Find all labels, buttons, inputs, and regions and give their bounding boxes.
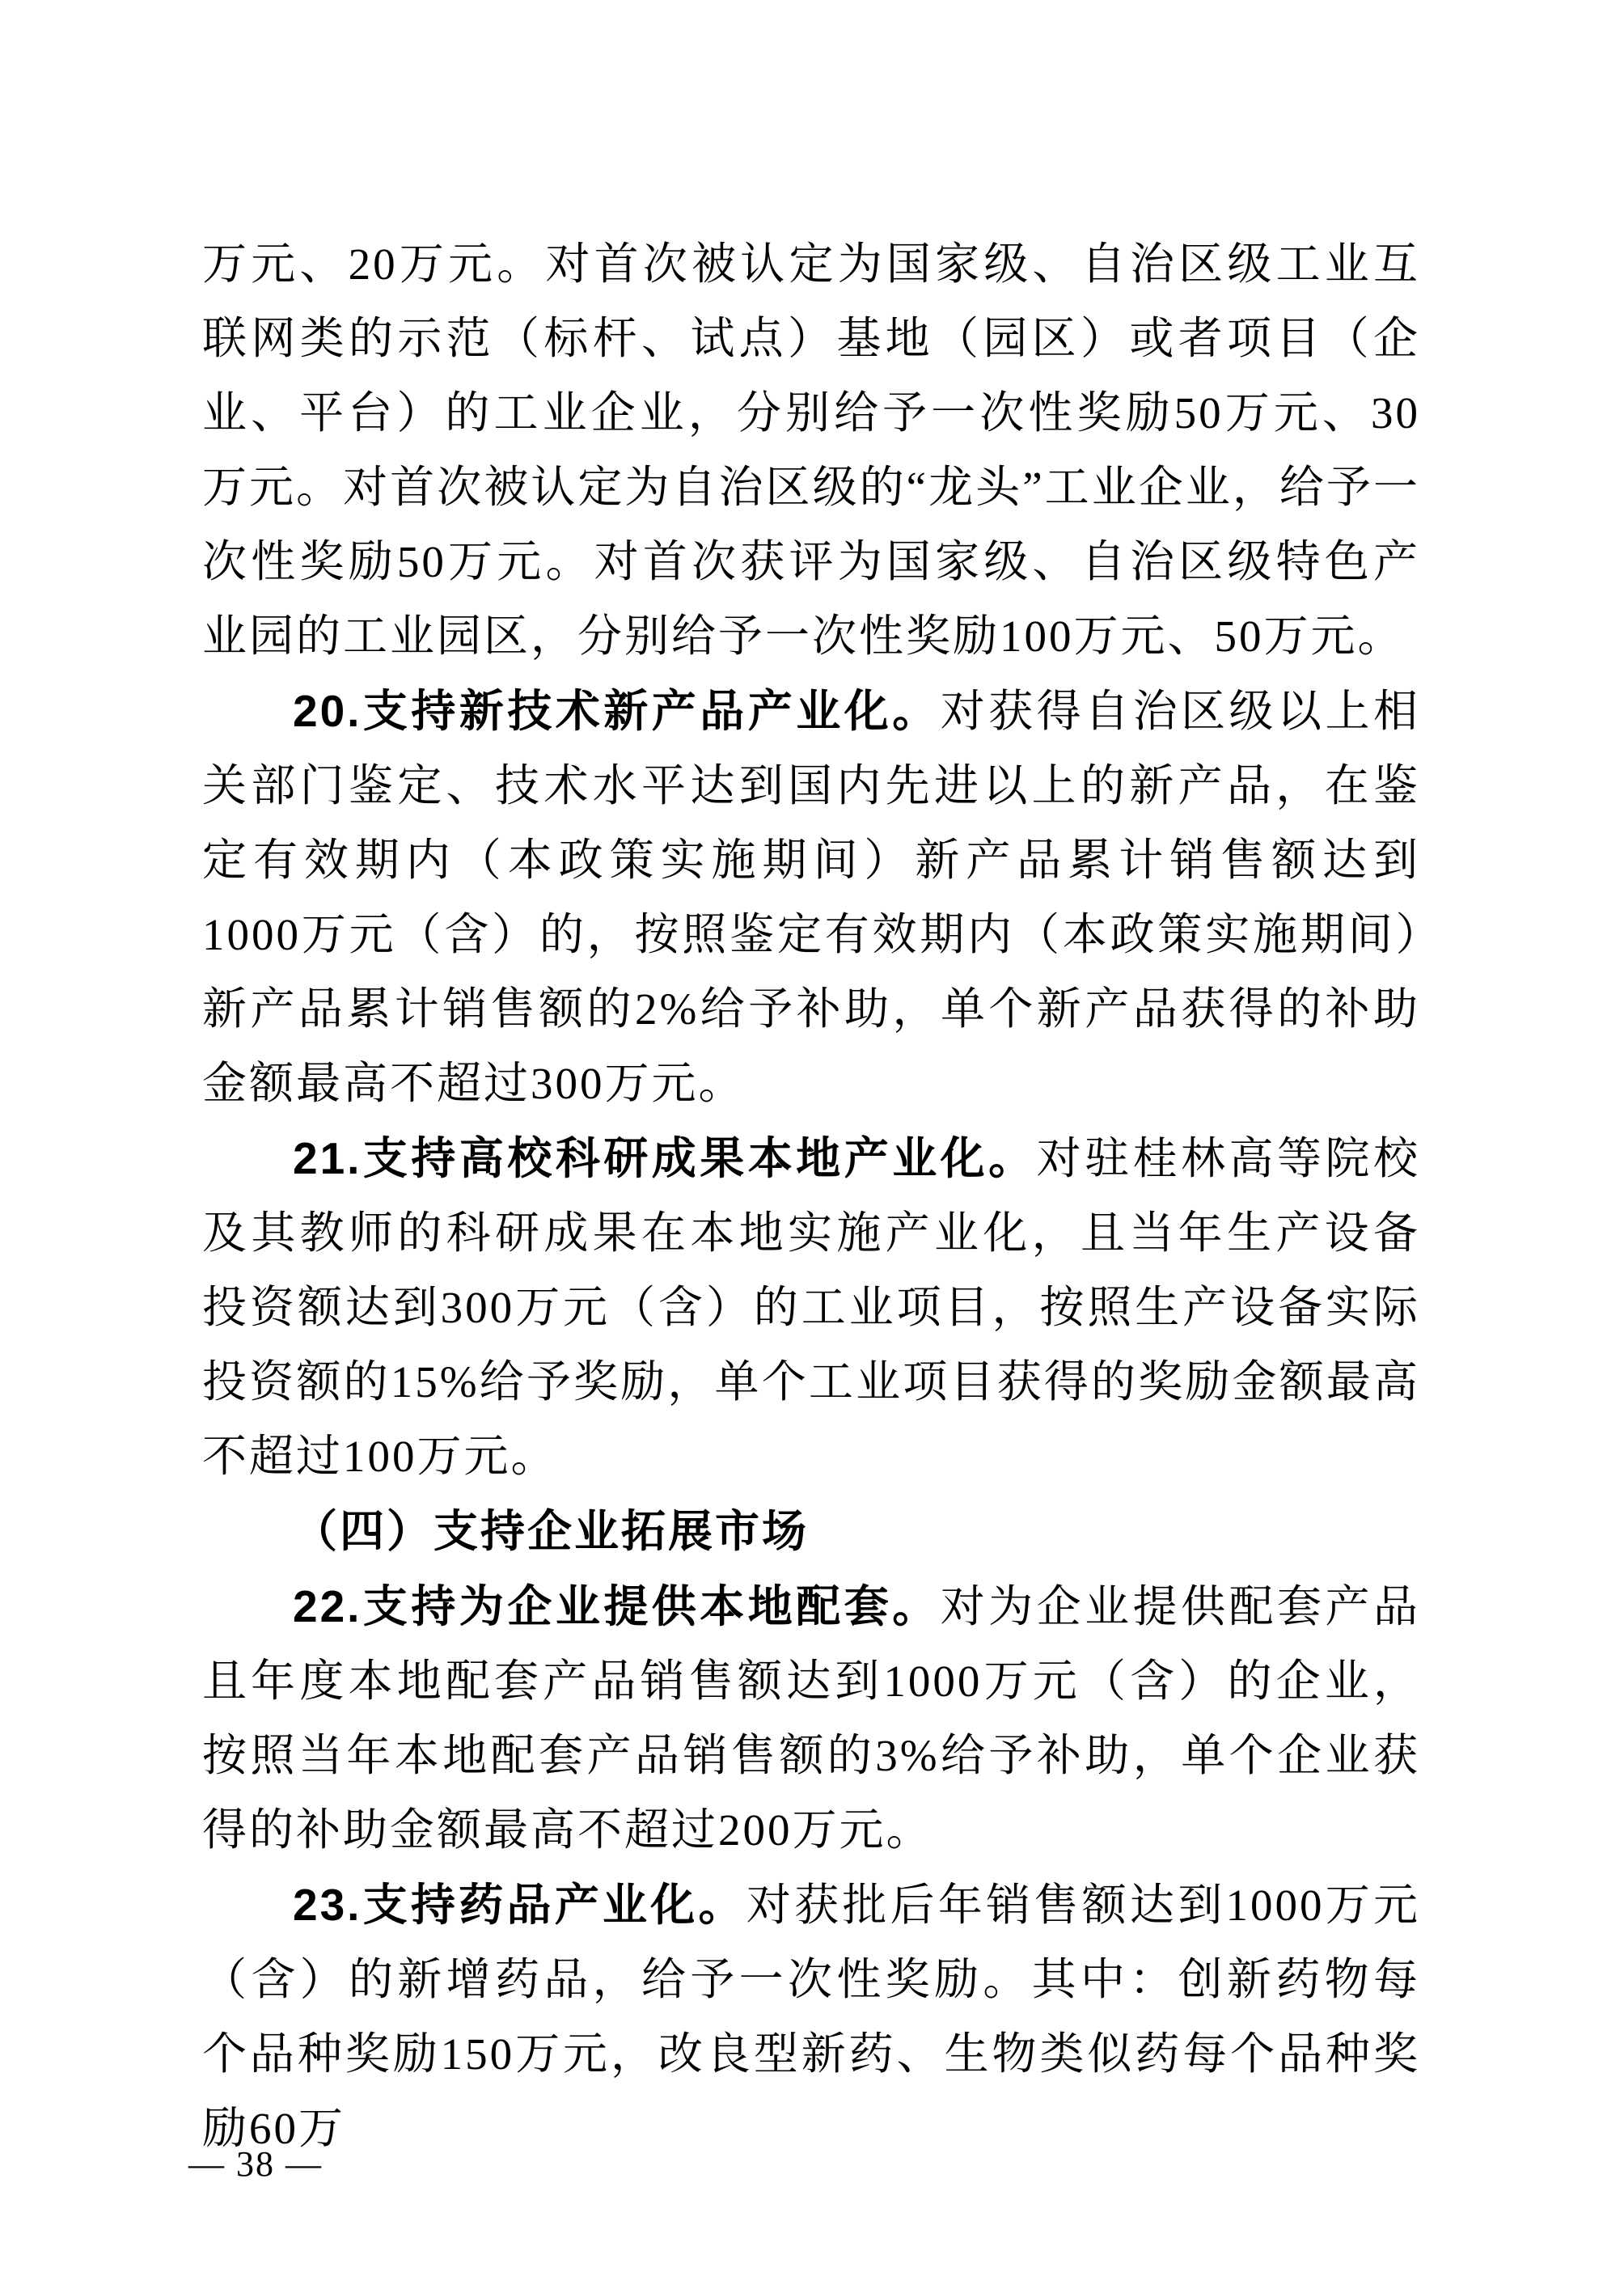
clause-20-text: 对获得自治区级以上相关部门鉴定、技术水平达到国内先进以上的新产品，在鉴定有效期内…	[202, 687, 1420, 1108]
paragraph-clause-22: 22.支持为企业提供本地配套。对为企业提供配套产品且年度本地配套产品销售额达到1…	[202, 1569, 1420, 1868]
paragraph-clause-21: 21.支持高校科研成果本地产业化。对驻桂林高等院校及其教师的科研成果在本地实施产…	[202, 1121, 1420, 1494]
paragraph-continuation: 万元、20万元。对首次被认定为国家级、自治区级工业互联网类的示范（标杆、试点）基…	[202, 226, 1420, 674]
body-text-block: 万元、20万元。对首次被认定为国家级、自治区级工业互联网类的示范（标杆、试点）基…	[202, 226, 1420, 2166]
paragraph-clause-23: 23.支持药品产业化。对获批后年销售额达到1000万元（含）的新增药品，给予一次…	[202, 1868, 1420, 2166]
clause-20-heading: 20.支持新技术新产品产业化。	[293, 686, 941, 736]
clause-23-heading: 23.支持药品产业化。	[293, 1880, 746, 1930]
section-heading-4-label: （四）支持企业拓展市场	[293, 1506, 809, 1556]
clause-21-text: 对驻桂林高等院校及其教师的科研成果在本地实施产业化，且当年生产设备投资额达到30…	[202, 1134, 1420, 1481]
clause-22-heading: 22.支持为企业提供本地配套。	[293, 1581, 941, 1631]
paragraph-clause-20: 20.支持新技术新产品产业化。对获得自治区级以上相关部门鉴定、技术水平达到国内先…	[202, 674, 1420, 1121]
paragraph-text: 万元、20万元。对首次被认定为国家级、自治区级工业互联网类的示范（标杆、试点）基…	[202, 239, 1420, 661]
document-page: 万元、20万元。对首次被认定为国家级、自治区级工业互联网类的示范（标杆、试点）基…	[0, 0, 1624, 2293]
footer-page-number: — 38 —	[188, 2143, 323, 2185]
clause-21-heading: 21.支持高校科研成果本地产业化。	[293, 1133, 1037, 1183]
section-heading-4: （四）支持企业拓展市场	[202, 1494, 1420, 1569]
